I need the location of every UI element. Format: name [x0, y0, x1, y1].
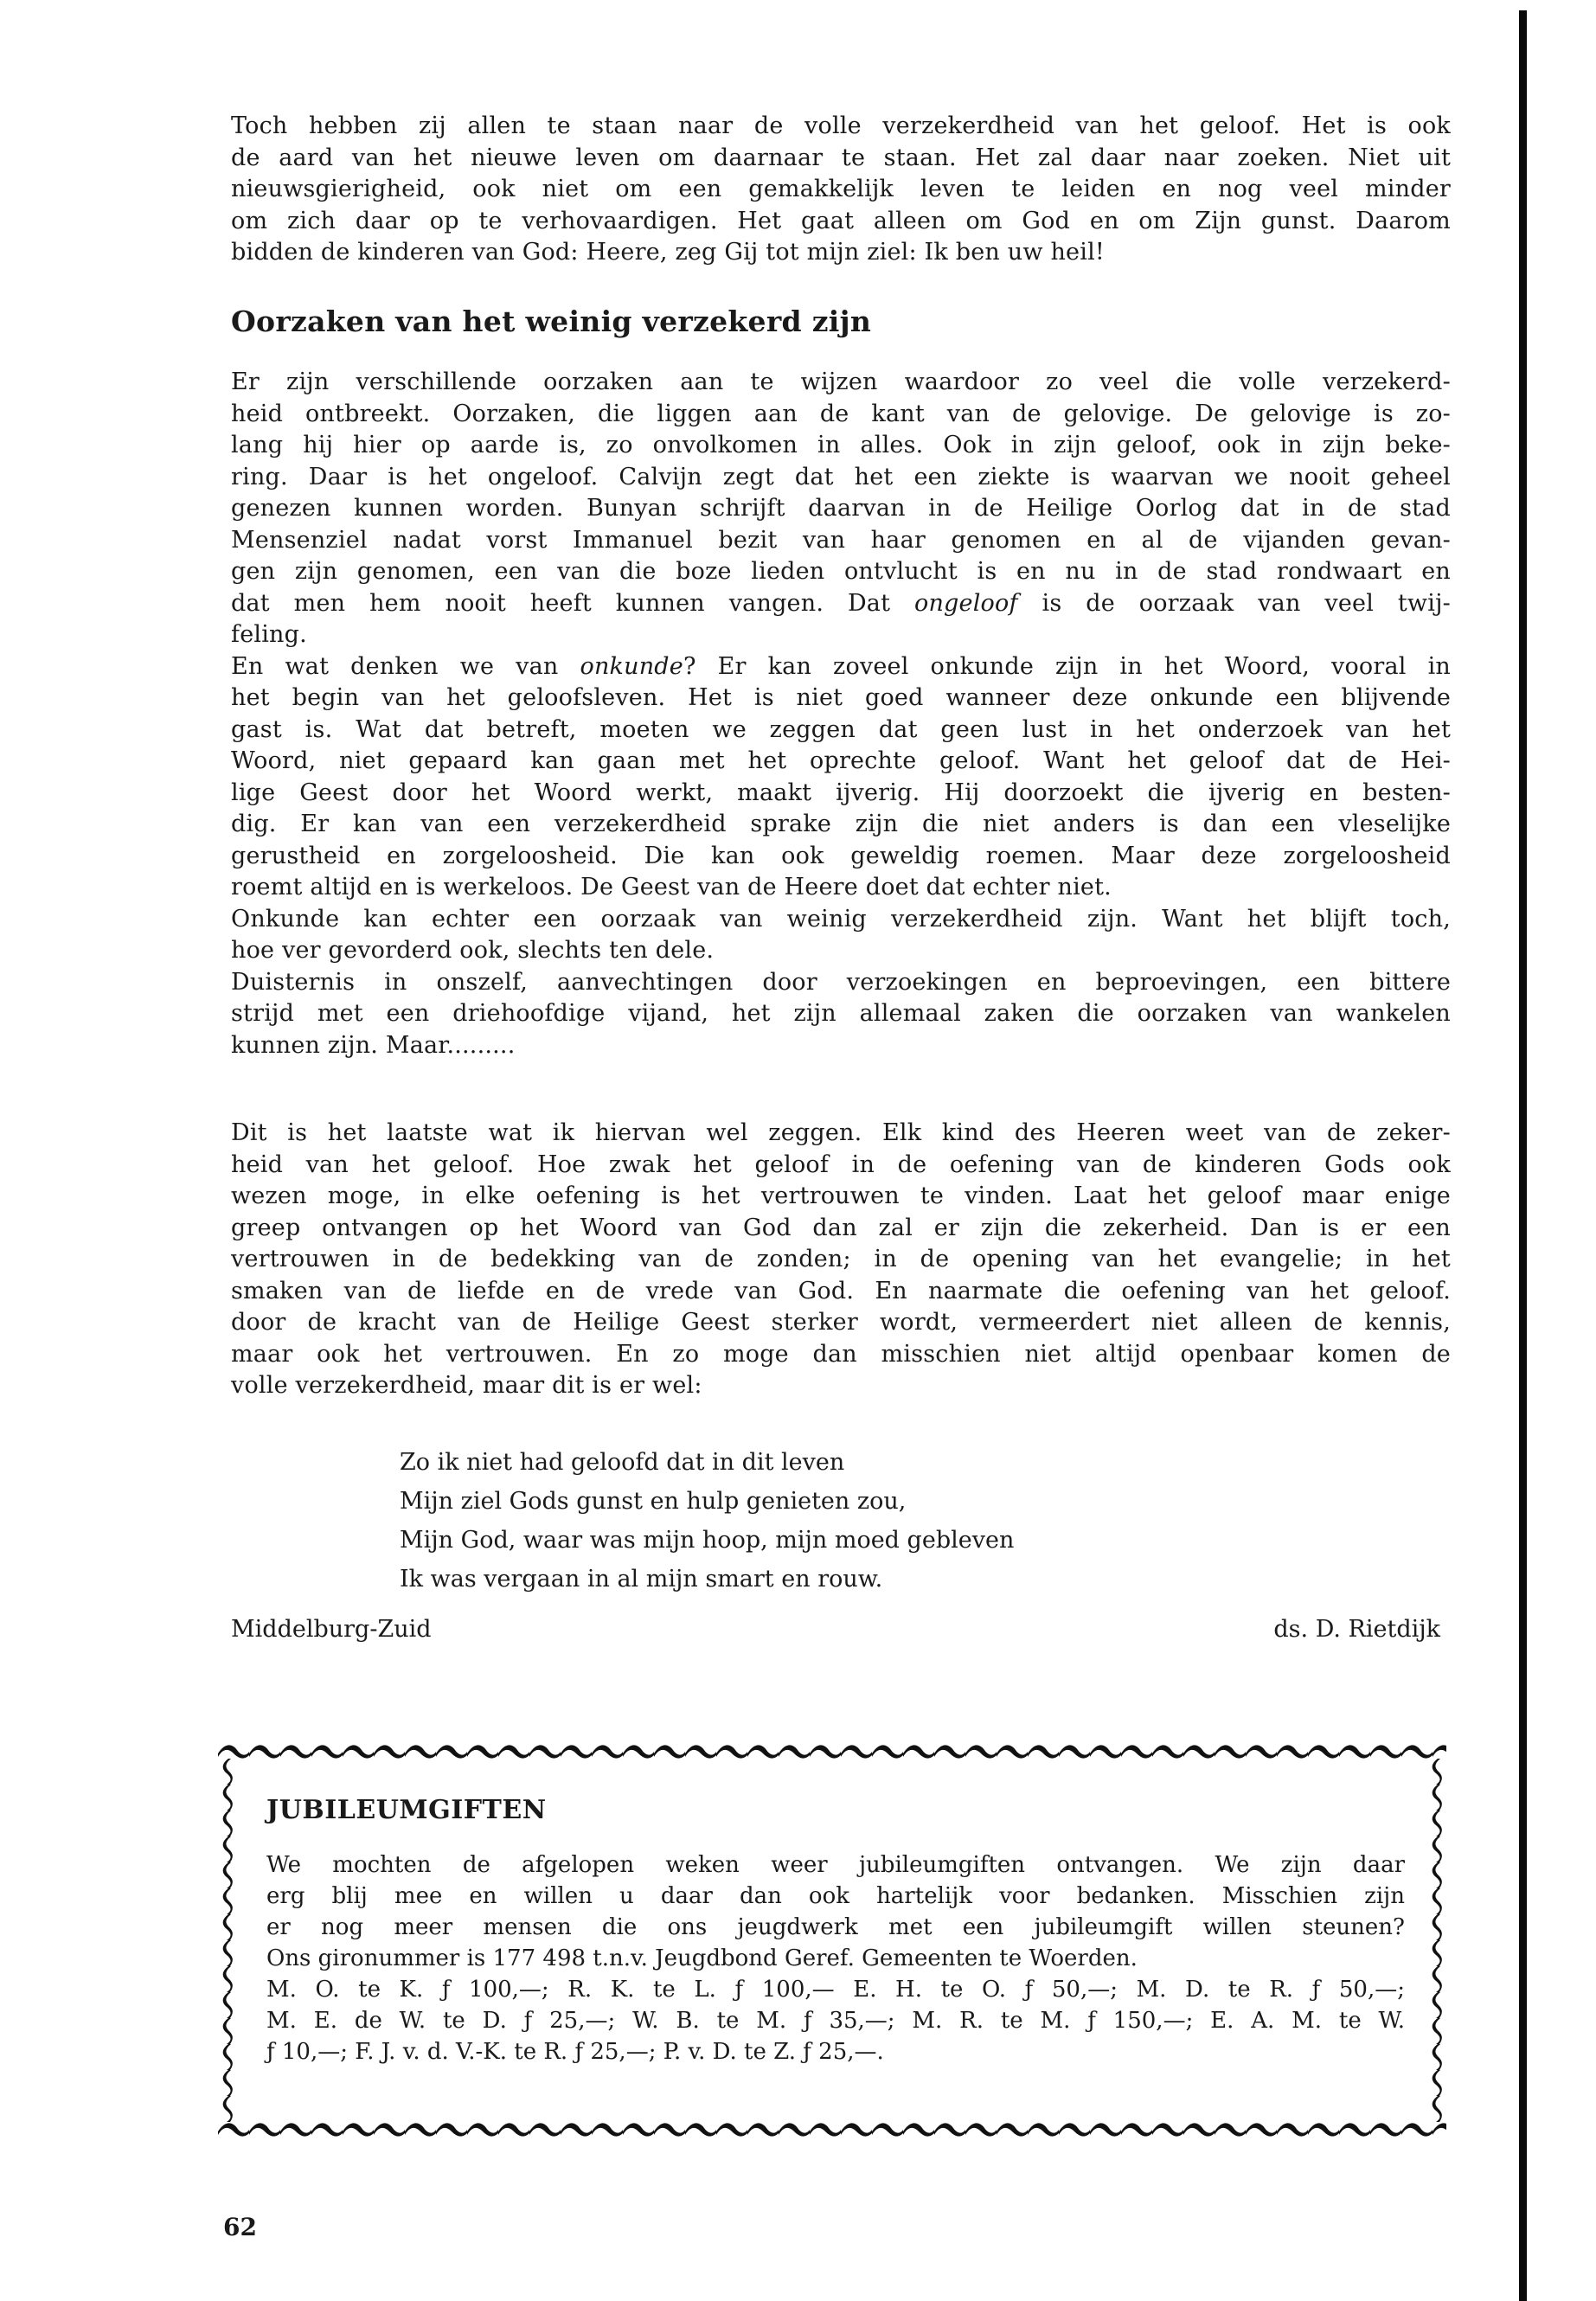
text-line: erg blij mee en willen u daar dan ook ha…	[266, 1881, 1405, 1912]
poem-line: Mijn ziel Gods gunst en hulp genieten zo…	[400, 1482, 1014, 1521]
rope-border-bottom-icon	[218, 2121, 1446, 2137]
text-line: greep ontvangen op het Woord van God dan…	[231, 1213, 1451, 1245]
poem-stanza: Zo ik niet had geloofd dat in dit leven …	[400, 1443, 1014, 1599]
notice-box: JUBILEUMGIFTEN We mochten de afgelopen w…	[218, 1743, 1446, 2137]
text-line: ƒ 10,—; F. J. v. d. V.-K. te R. ƒ 25,—; …	[266, 2036, 1405, 2067]
text-line: kunnen zijn. Maar.........	[231, 1030, 1451, 1062]
emphasis: onkunde	[580, 653, 683, 680]
text-line: vertrouwen in de bedekking van de zonden…	[231, 1244, 1451, 1276]
rope-border-top-icon	[218, 1743, 1446, 1759]
text-line: Duisternis in onszelf, aanvechtingen doo…	[231, 967, 1451, 999]
text-line: M. O. te K. ƒ 100,—; R. K. te L. ƒ 100,—…	[266, 1974, 1405, 2005]
text-line: roemt altijd en is werkeloos. De Geest v…	[231, 872, 1451, 904]
body-section: Er zijn verschillende oorzaken aan te wi…	[231, 367, 1451, 1061]
body-text: Er zijn verschillende oorzaken aan te wi…	[231, 367, 1451, 1061]
text-line: gast is. Wat dat betreft, moeten we zegg…	[231, 715, 1451, 747]
text-line: We mochten de afgelopen weken weer jubil…	[266, 1849, 1405, 1881]
section-heading: Oorzaken van het weinig verzekerd zijn	[231, 304, 1451, 338]
text-line: er nog meer mensen die ons jeugdwerk met…	[266, 1912, 1405, 1943]
text-line: nieuwsgierigheid, ook niet om een gemakk…	[231, 174, 1451, 206]
document-page: Toch hebben zij allen te staan naar de v…	[0, 0, 1596, 2301]
notice-content: JUBILEUMGIFTEN We mochten de afgelopen w…	[266, 1795, 1405, 2067]
intro-text: Toch hebben zij allen te staan naar de v…	[231, 111, 1451, 269]
text-line: Woord, niet gepaard kan gaan met het opr…	[231, 746, 1451, 778]
section-heading-wrap: Oorzaken van het weinig verzekerd zijn	[231, 304, 1451, 338]
text-line: Dit is het laatste wat ik hiervan wel ze…	[231, 1118, 1451, 1150]
intro-paragraph: Toch hebben zij allen te staan naar de v…	[231, 111, 1451, 269]
signature-author: ds. D. Rietdijk	[1273, 1616, 1440, 1643]
text-line: de aard van het nieuwe leven om daarnaar…	[231, 143, 1451, 175]
text-line: maar ook het vertrouwen. En zo moge dan …	[231, 1339, 1451, 1371]
text-line: lang hij hier op aarde is, zo onvolkomen…	[231, 430, 1451, 462]
closing-text: Dit is het laatste wat ik hiervan wel ze…	[231, 1118, 1451, 1402]
page-edge-rule	[1519, 10, 1527, 2301]
rope-border-left-icon	[221, 1759, 234, 2122]
text-line: Ons gironummer is 177 498 t.n.v. Jeugdbo…	[266, 1943, 1405, 1974]
text-line: lige Geest door het Woord werkt, maakt i…	[231, 778, 1451, 810]
text-line: heid van het geloof. Hoe zwak het geloof…	[231, 1150, 1451, 1182]
notice-title: JUBILEUMGIFTEN	[266, 1795, 1405, 1825]
emphasis: ongeloof	[914, 590, 1018, 617]
poem-line: Ik was vergaan in al mijn smart en rouw.	[400, 1560, 1014, 1599]
text-line: volle verzekerdheid, maar dit is er wel:	[231, 1370, 1451, 1402]
text-line: feling.	[231, 619, 1451, 651]
text-line: gerustheid en zorgeloosheid. Die kan ook…	[231, 841, 1451, 873]
text-line: En wat denken we van onkunde? Er kan zov…	[231, 651, 1451, 683]
text-line: Toch hebben zij allen te staan naar de v…	[231, 111, 1451, 143]
text-line: om zich daar op te verhovaardigen. Het g…	[231, 206, 1451, 238]
text-line: wezen moge, in elke oefening is het vert…	[231, 1181, 1451, 1213]
text-line: bidden de kinderen van God: Heere, zeg G…	[231, 237, 1451, 269]
text-line: gen zijn genomen, een van die boze liede…	[231, 556, 1451, 588]
text-line: M. E. de W. te D. ƒ 25,—; W. B. te M. ƒ …	[266, 2005, 1405, 2036]
poem-line: Zo ik niet had geloofd dat in dit leven	[400, 1443, 1014, 1482]
text-line: hoe ver gevorderd ook, slechts ten dele.	[231, 935, 1451, 967]
text-line: Onkunde kan echter een oorzaak van weini…	[231, 904, 1451, 936]
text-line: dat men hem nooit heeft kunnen vangen. D…	[231, 588, 1451, 620]
rope-border-right-icon	[1431, 1759, 1443, 2122]
text-line: heid ontbreekt. Oorzaken, die liggen aan…	[231, 399, 1451, 431]
text-line: het begin van het geloofsleven. Het is n…	[231, 683, 1451, 715]
text-line: dig. Er kan van een verzekerdheid sprake…	[231, 809, 1451, 841]
page-number: 62	[223, 2213, 257, 2241]
text-line: ring. Daar is het ongeloof. Calvijn zegt…	[231, 462, 1451, 494]
signature-place: Middelburg-Zuid	[231, 1616, 432, 1643]
text-line: strijd met een driehoofdige vijand, het …	[231, 998, 1451, 1030]
text-line: smaken van de liefde en de vrede van God…	[231, 1276, 1451, 1308]
text-line: Er zijn verschillende oorzaken aan te wi…	[231, 367, 1451, 399]
closing-section: Dit is het laatste wat ik hiervan wel ze…	[231, 1118, 1451, 1402]
poem-line: Mijn God, waar was mijn hoop, mijn moed …	[400, 1521, 1014, 1560]
text-line: Mensenziel nadat vorst Immanuel bezit va…	[231, 525, 1451, 557]
text-line: genezen kunnen worden. Bunyan schrijft d…	[231, 493, 1451, 525]
notice-text: We mochten de afgelopen weken weer jubil…	[266, 1849, 1405, 2067]
text-line: door de kracht van de Heilige Geest ster…	[231, 1307, 1451, 1339]
